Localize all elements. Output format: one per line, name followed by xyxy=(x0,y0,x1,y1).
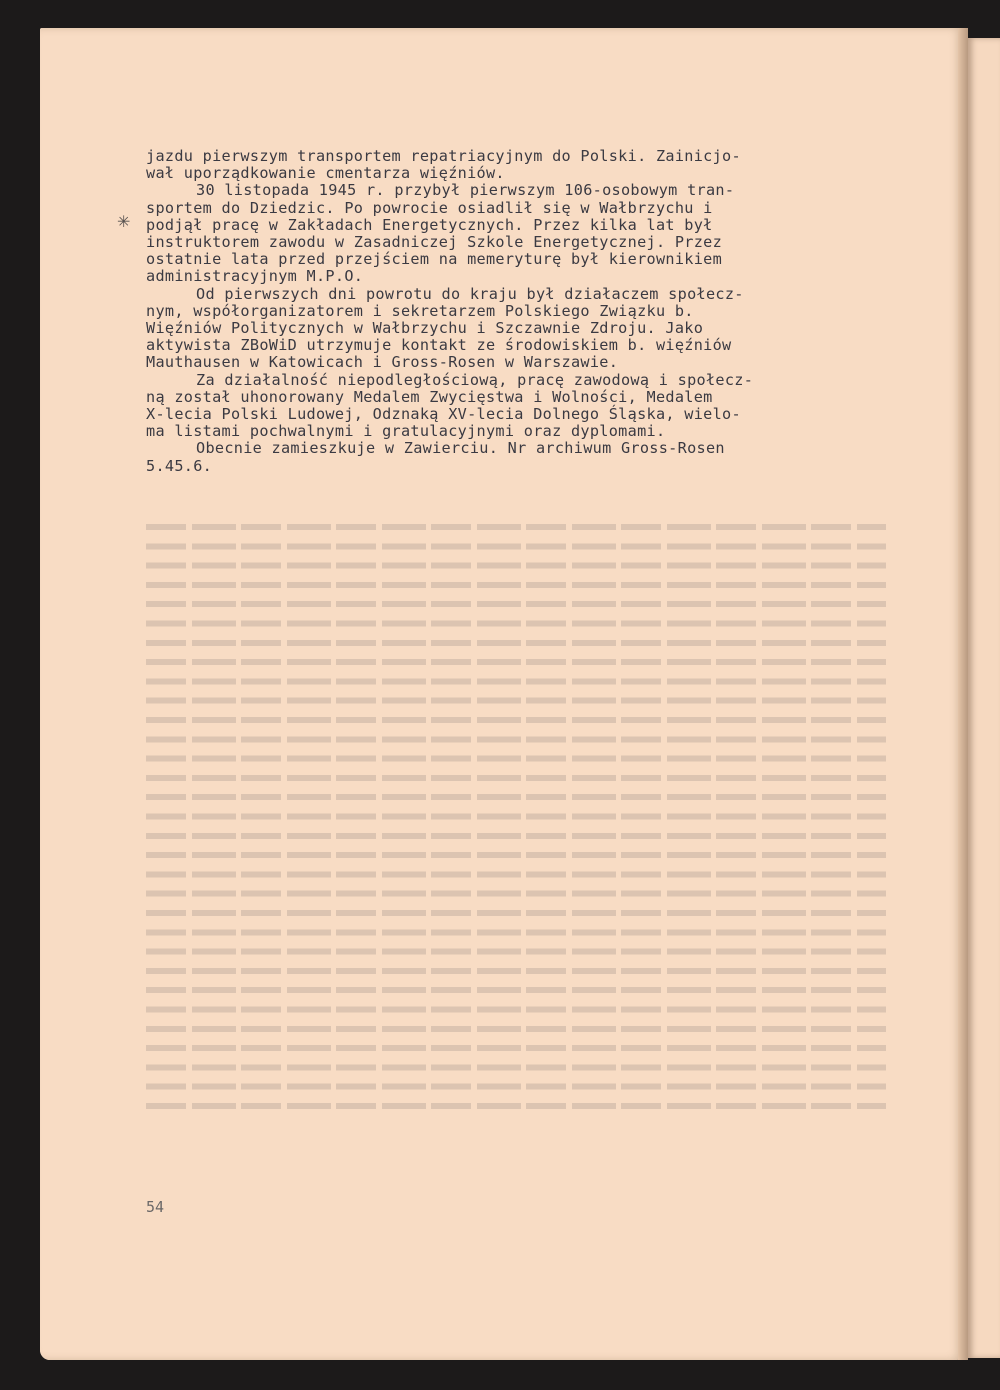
text-line: ostatnie lata przed przejściem na memery… xyxy=(146,251,886,268)
text-line: 5.45.6. xyxy=(146,458,886,475)
text-line: sportem do Dziedzic. Po powrocie osiadli… xyxy=(146,200,886,217)
text-line: administracyjnym M.P.O. xyxy=(146,268,886,285)
page-number: 54 xyxy=(146,1198,164,1216)
book-gutter xyxy=(958,28,968,1360)
body-text: jazdu pierwszym transportem repatriacyjn… xyxy=(146,148,886,475)
text-line: wał uporządkowanie cmentarza więźniów. xyxy=(146,165,886,182)
text-line: Mauthausen w Katowicach i Gross-Rosen w … xyxy=(146,354,886,371)
text-line: jazdu pierwszym transportem repatriacyjn… xyxy=(146,148,886,165)
text-line: Więźniów Politycznych w Wałbrzychu i Szc… xyxy=(146,320,886,337)
text-line: 30 listopada 1945 r. przybył pierwszym 1… xyxy=(146,182,886,199)
text-line: instruktorem zawodu w Zasadniczej Szkole… xyxy=(146,234,886,251)
text-line: Obecnie zamieszkuje w Zawierciu. Nr arch… xyxy=(146,440,886,457)
text-line: aktywista ZBoWiD utrzymuje kontakt ze śr… xyxy=(146,337,886,354)
text-line: ną został uhonorowany Medalem Zwycięstwa… xyxy=(146,389,886,406)
show-through-texture xyxy=(146,518,886,1118)
text-line: Od pierwszych dni powrotu do kraju był d… xyxy=(146,286,886,303)
margin-annotation-mark: ✳ xyxy=(117,212,130,231)
text-line: podjął pracę w Zakładach Energetycznych.… xyxy=(146,217,886,234)
text-line: X-lecia Polski Ludowej, Odznaką XV-lecia… xyxy=(146,406,886,423)
text-line: ma listami pochwalnymi i gratulacyjnymi … xyxy=(146,423,886,440)
text-line: nym, współorganizatorem i sekretarzem Po… xyxy=(146,303,886,320)
facing-page-sliver xyxy=(968,38,1000,1358)
text-line: Za działalność niepodległościową, pracę … xyxy=(146,372,886,389)
